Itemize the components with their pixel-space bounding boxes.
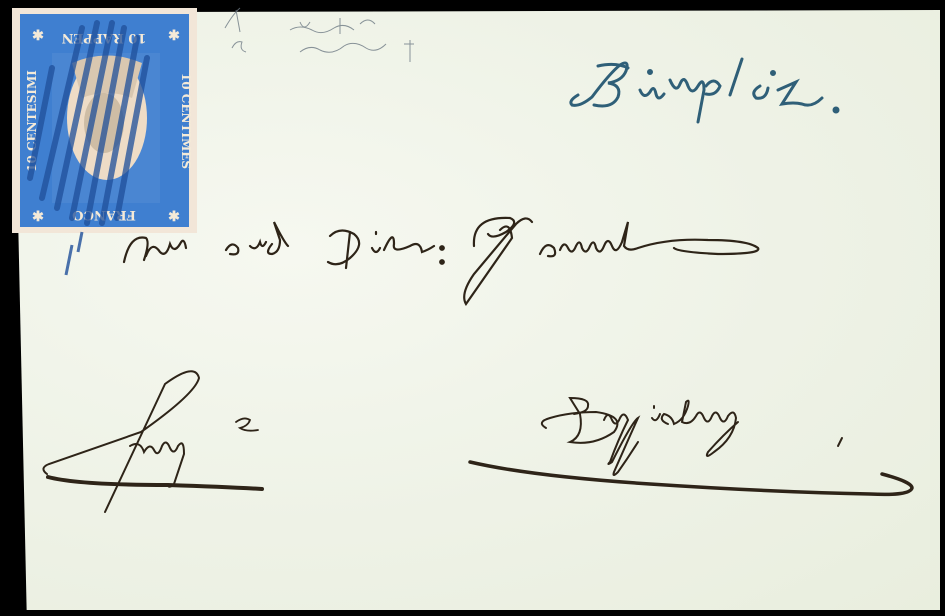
image-background: 10 RAPPEN FRANCO 10 CENTIMES 10 CENTESIM… [0, 0, 945, 616]
postmark-bumpliz [571, 59, 838, 122]
destination-buggisberg [470, 398, 912, 494]
franco-note [43, 371, 262, 512]
cancel-overrun [66, 232, 82, 275]
pencil-note [225, 8, 414, 62]
handwriting-layer [0, 0, 945, 616]
address-line-1 [124, 218, 758, 304]
